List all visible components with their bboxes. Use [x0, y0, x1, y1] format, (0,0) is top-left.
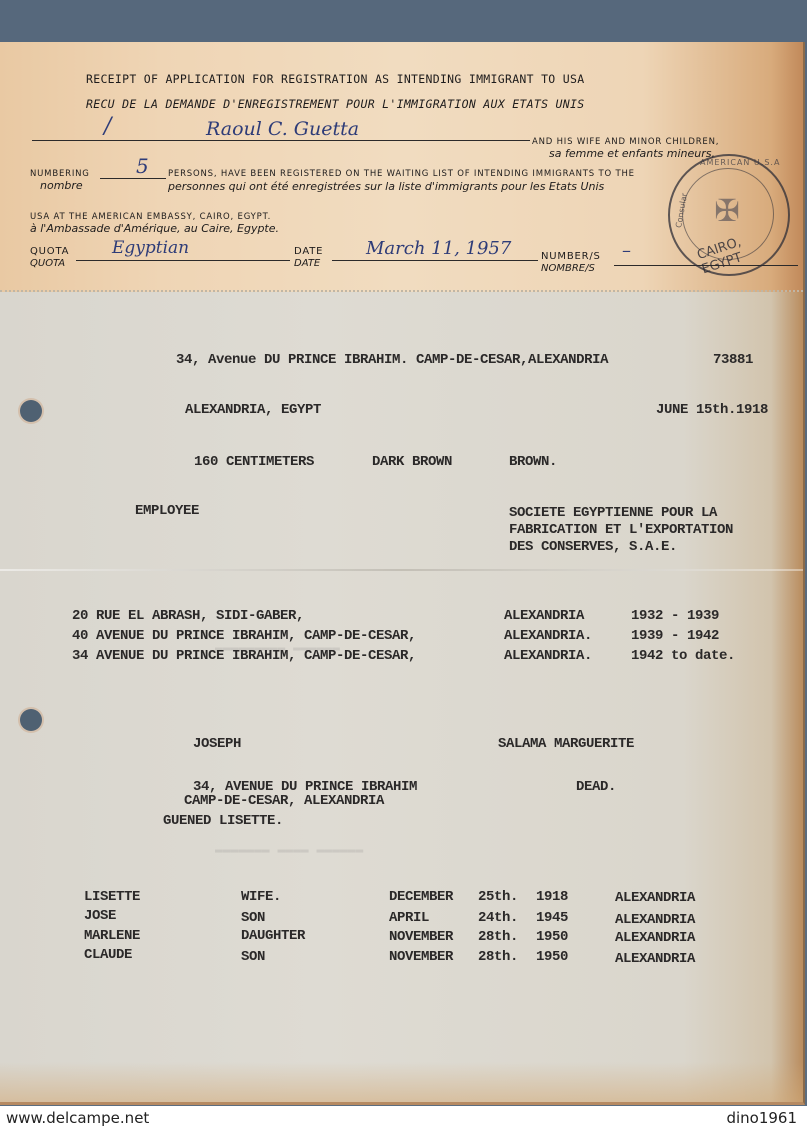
- family-name: LISETTE: [84, 889, 140, 905]
- family-relation: SON: [241, 949, 265, 965]
- residence-period: 1932 - 1939: [631, 608, 719, 624]
- mother-name: SALAMA MARGUERITE: [498, 736, 634, 752]
- date-label-en: DATE: [294, 246, 323, 257]
- height: 160 CENTIMETERS: [194, 454, 314, 470]
- family-birth-year: 1950: [536, 949, 568, 965]
- family-birth-place: ALEXANDRIA: [615, 930, 695, 946]
- occupation: EMPLOYEE: [135, 503, 199, 519]
- applicant-name: Raoul C. Guetta: [206, 118, 359, 140]
- watermark-footer: www.delcampe.net dino1961: [0, 1106, 807, 1131]
- persons-fr: personnes qui ont été enregistrées sur l…: [168, 180, 604, 193]
- father-address-line: CAMP-DE-CESAR, ALEXANDRIA: [184, 793, 384, 809]
- family-relation: DAUGHTER: [241, 928, 305, 944]
- family-birth-day: 28th.: [478, 949, 518, 965]
- family-name: JOSE: [84, 908, 116, 924]
- family-relation: SON: [241, 910, 265, 926]
- birthplace: ALEXANDRIA, EGYPT: [185, 402, 321, 418]
- seller-watermark: dino1961: [726, 1109, 797, 1127]
- quota-value: Egyptian: [112, 238, 189, 258]
- date-label-fr: DATE: [294, 258, 320, 269]
- quota-line: [76, 260, 290, 261]
- numbering-value: 5: [136, 154, 149, 178]
- residence-city: ALEXANDRIA: [504, 608, 584, 624]
- address-line: 34, Avenue DU PRINCE IBRAHIM. CAMP-DE-CE…: [176, 352, 608, 368]
- fold-crease: [0, 569, 803, 571]
- embassy-fr: à l'Ambassade d'Amérique, au Caire, Egyp…: [30, 222, 279, 235]
- residence-period: 1939 - 1942: [631, 628, 719, 644]
- residence-city: ALEXANDRIA.: [504, 648, 592, 664]
- family-birth-place: ALEXANDRIA: [615, 912, 695, 928]
- embassy-en: USA AT THE AMERICAN EMBASSY, CAIRO, EGYP…: [30, 212, 271, 222]
- eye-color: BROWN.: [509, 454, 557, 470]
- father-name: JOSEPH: [193, 736, 241, 752]
- punch-hole: [20, 709, 42, 731]
- employer-line: FABRICATION ET L'EXPORTATION: [509, 522, 781, 538]
- document-sheet: ▬▬▬▬▬▬ ▬▬▬▬▬▬▬▬▬ ▬▬▬▬▬▬ ▬▬▬▬ ▬▬▬▬▬▬▬ REC…: [0, 42, 805, 1105]
- family-birth-month: NOVEMBER: [389, 929, 453, 945]
- reference-number: 73881: [713, 352, 753, 368]
- family-name: MARLENE: [84, 928, 140, 944]
- residence-city: ALEXANDRIA.: [504, 628, 592, 644]
- quota-label-en: QUOTA: [30, 246, 69, 257]
- spouse-name: GUENED LISETTE.: [163, 813, 283, 829]
- family-birth-month: APRIL: [389, 910, 429, 926]
- show-through-text: ▬▬▬▬▬▬ ▬▬▬▬ ▬▬▬▬▬▬▬: [215, 842, 363, 857]
- family-birth-place: ALEXANDRIA: [615, 951, 695, 967]
- residence-address: 34 AVENUE DU PRINCE IBRAHIM, CAMP-DE-CES…: [72, 648, 416, 664]
- mother-status: DEAD.: [576, 779, 616, 795]
- family-birth-year: 1950: [536, 929, 568, 945]
- number-label-fr: NOMBRE/S: [541, 263, 595, 274]
- family-birth-day: 25th.: [478, 889, 518, 905]
- applicant-line: [32, 140, 530, 141]
- persons-en: PERSONS, HAVE BEEN REGISTERED ON THE WAI…: [168, 169, 635, 179]
- number-label-en: NUMBER/S: [541, 251, 601, 262]
- hair-color: DARK BROWN: [372, 454, 452, 470]
- residence-period: 1942 to date.: [631, 648, 735, 664]
- family-birth-year: 1945: [536, 910, 568, 926]
- quota-label-fr: QUOTA: [30, 258, 65, 269]
- date-line: [332, 260, 538, 261]
- family-birth-day: 28th.: [478, 929, 518, 945]
- family-name: CLAUDE: [84, 947, 132, 963]
- family-birth-place: ALEXANDRIA: [615, 890, 695, 906]
- family-birth-year: 1918: [536, 889, 568, 905]
- registration-receipt: RECEIPT OF APPLICATION FOR REGISTRATION …: [0, 42, 803, 292]
- residence-address: 40 AVENUE DU PRINCE IBRAHIM, CAMP-DE-CES…: [72, 628, 416, 644]
- wife-children-en: AND HIS WIFE AND MINOR CHILDREN,: [532, 137, 719, 147]
- family-birth-month: DECEMBER: [389, 889, 453, 905]
- family-birth-month: NOVEMBER: [389, 949, 453, 965]
- consular-stamp: AMERICAN U.S.A Consular ✠ CAIRO, EGYPT: [668, 154, 790, 276]
- employer-line: DES CONSERVES, S.A.E.: [509, 539, 677, 555]
- numbering-label-en: NUMBERING: [30, 169, 90, 179]
- stamp-top-text: AMERICAN U.S.A: [700, 158, 780, 167]
- date-value: March 11, 1957: [366, 238, 511, 259]
- applicant-mark: /: [104, 114, 111, 139]
- family-birth-day: 24th.: [478, 910, 518, 926]
- numbering-label-fr: nombre: [40, 179, 83, 192]
- eagle-seal-icon: ✠: [702, 186, 752, 238]
- number-value: –: [622, 240, 631, 261]
- site-watermark: www.delcampe.net: [6, 1109, 149, 1127]
- family-relation: WIFE.: [241, 889, 281, 905]
- residence-address: 20 RUE EL ABRASH, SIDI-GABER,: [72, 608, 304, 624]
- birthdate: JUNE 15th.1918: [656, 402, 790, 418]
- wife-children-fr: sa femme et enfants mineurs,: [549, 147, 715, 160]
- receipt-title-fr: RECU DE LA DEMANDE D'ENREGISTREMENT POUR…: [86, 97, 584, 111]
- numbering-line: [100, 178, 166, 179]
- punch-hole: [20, 400, 42, 422]
- employer-line: SOCIETE EGYPTIENNE POUR LA: [509, 505, 717, 521]
- receipt-title-en: RECEIPT OF APPLICATION FOR REGISTRATION …: [86, 72, 584, 86]
